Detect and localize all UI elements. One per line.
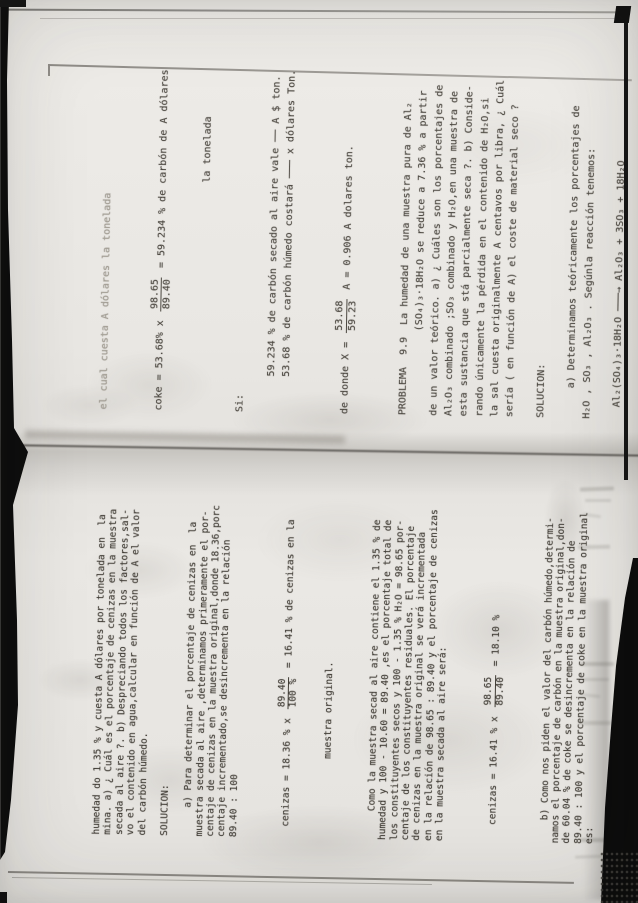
- text-line: la tonelada: [195, 39, 217, 411]
- fraction: 98.65 89.40: [150, 277, 174, 312]
- ink-smudge: [580, 838, 616, 842]
- book-scan-photo: el cual cuesta A dólares la tonelada cok…: [0, 0, 638, 903]
- equation-coke: coke = 60.04 % x 89.40 100 = 53.68 % de …: [631, 506, 638, 845]
- ink-smudge: [580, 662, 614, 666]
- equation-rhs: A = 0.906 A dolares ton.: [341, 145, 355, 296]
- equation-lhs: cenizas = 16.41 % x: [487, 710, 501, 842]
- fraction: 53.68 59.23: [334, 298, 358, 333]
- equation-coke-conversion: coke = 53.68% x 98.65 89.40 = 59.234 % d…: [148, 38, 179, 410]
- paragraph-b: b) Como nos piden el valor del carbón hú…: [527, 504, 613, 844]
- paragraph-si: Si: 59.234 % de carbón secado al aire va…: [232, 40, 316, 413]
- scanner-bed-top-notch: [0, 0, 26, 7]
- equation-lhs: coke = 53.68% x: [154, 314, 167, 411]
- ink-smudge: [583, 678, 609, 681]
- page-140: humedad do 1.35 % y cuesta A dólares por…: [16, 488, 624, 899]
- equation-cenizas-1: cenizas = 18.36 % x 89.40 100 % = 16.41 …: [275, 499, 304, 838]
- equation-lhs: de donde X =: [339, 336, 352, 414]
- equation-rhs: = 16.41 % de cenizas en la: [283, 519, 297, 674]
- equation-lhs: cenizas = 18.36 % x: [280, 712, 293, 838]
- equation-rhs: = 59.234 % de carbón de A dólares: [156, 69, 171, 274]
- scanner-bed-right-blob: [614, 6, 631, 23]
- ink-smudge: [578, 721, 611, 725]
- scan-top-edge-line: [6, 9, 628, 14]
- ink-smudge: [585, 499, 611, 502]
- paragraph-problema-9-9: PROBLEMA 9.9 La humedad de una muestra p…: [380, 43, 638, 421]
- fraction: 89.40 100: [633, 701, 638, 734]
- ink-smudge: [580, 486, 614, 491]
- page-141: el cual cuesta A dólares la tonelada cok…: [28, 28, 632, 489]
- text-line: el cual cuesta A dólares la tonelada: [96, 37, 118, 409]
- fraction: 98.65 89.40: [484, 675, 507, 708]
- equation-de-donde: de donde X = 53.68 59.23 A = 0.906 A dol…: [333, 42, 364, 414]
- scanner-bed-bottom-left-mark: [0, 892, 7, 903]
- fraction: 89.40 100 %: [277, 677, 300, 710]
- text-line: muestra original.: [321, 500, 339, 839]
- ink-smudge: [578, 545, 610, 550]
- paragraph-como: Como la muestra secad al aire contiene e…: [354, 501, 463, 842]
- equation-cenizas-2: cenizas = 16.41 % x 98.65 89.40 = 18.10 …: [481, 503, 510, 842]
- paragraph-intro: humedad do 1.35 % y cuesta A dólares por…: [91, 495, 257, 837]
- scan-top-edge-line-2: [40, 18, 620, 19]
- equation-rhs: = 18.10 %: [490, 615, 502, 672]
